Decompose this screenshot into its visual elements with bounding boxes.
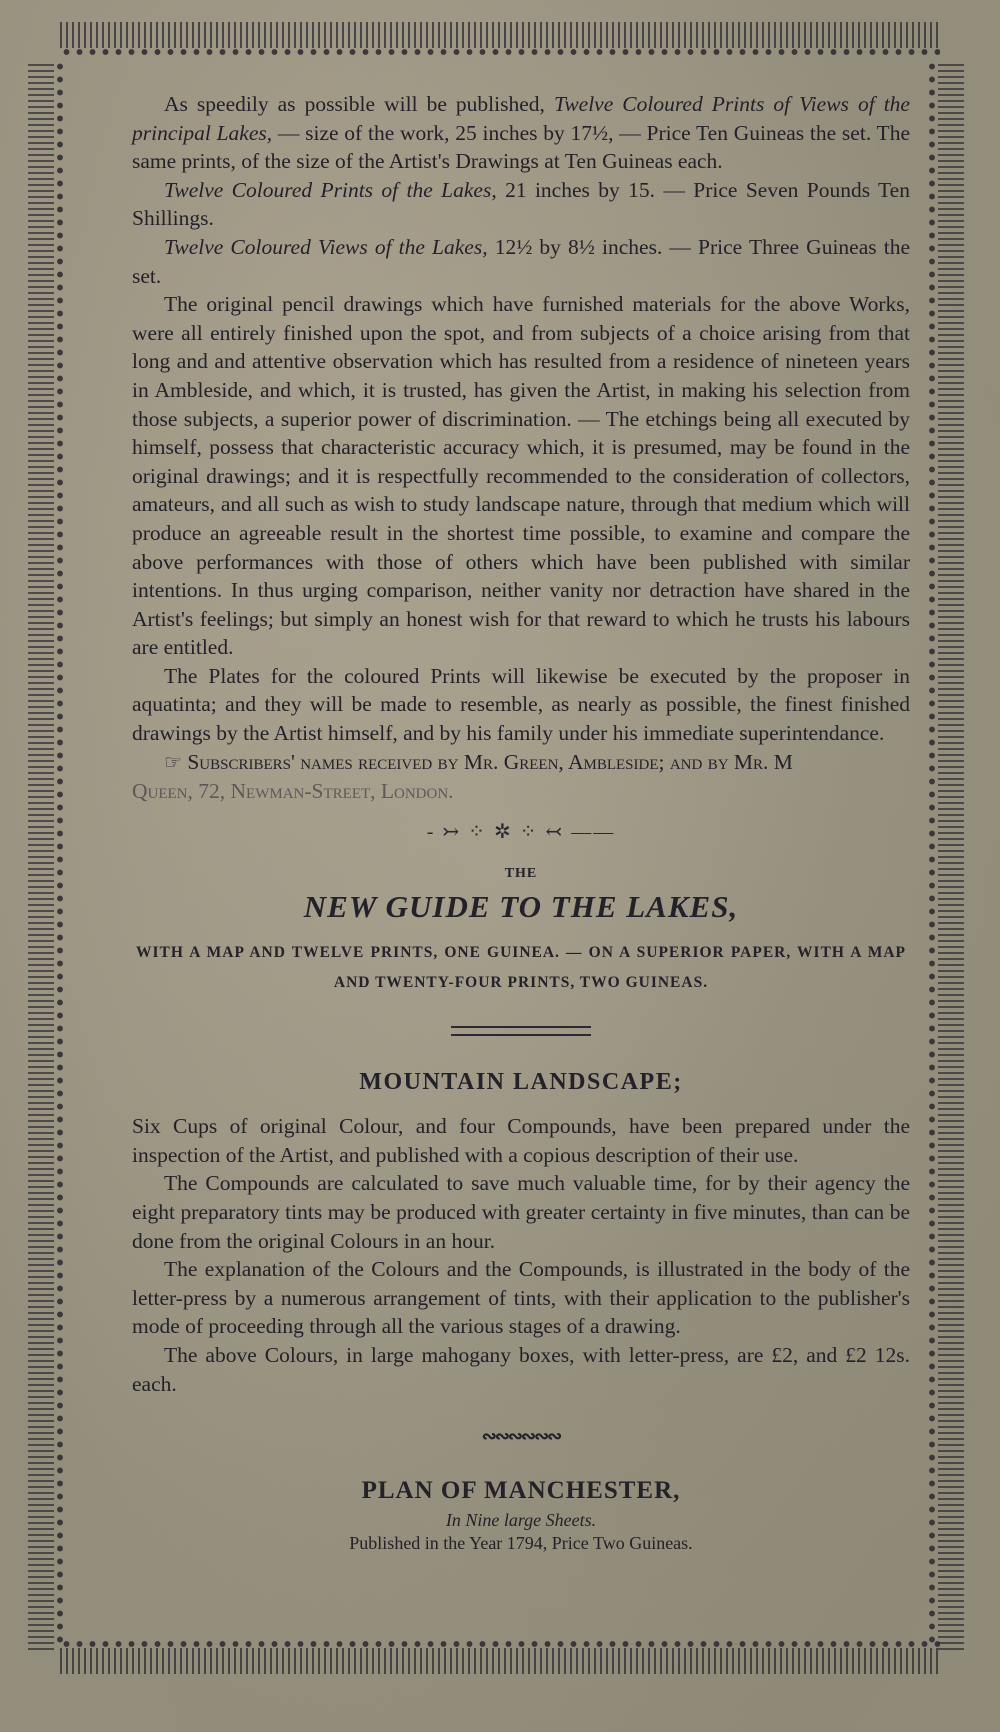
advertisement-body: As speedily as possible will be publishe… <box>132 90 910 1555</box>
manicule-icon: ☞ <box>164 752 182 774</box>
mountain-landscape-title: MOUNTAIN LANDSCAPE; <box>132 1068 910 1097</box>
border-dots-icon <box>56 60 64 1650</box>
subscription-text: Subscribers' names received by Mr. Green… <box>187 750 793 774</box>
mountain-paragraph: The explanation of the Colours and the C… <box>132 1255 910 1341</box>
border-left <box>28 60 68 1650</box>
prints-option-3: Twelve Coloured Views of the Lakes, 12½ … <box>132 233 910 290</box>
border-dots-icon <box>928 60 936 1650</box>
guide-title: NEW GUIDE TO THE LAKES, <box>132 893 910 922</box>
manchester-subtitle: In Nine large Sheets. <box>132 1509 910 1531</box>
guide-label: THE <box>132 860 910 889</box>
ornament-divider-icon: - ↣ ⁘ ✲ ⁘ ↢ —— <box>132 818 910 847</box>
border-dots-icon <box>60 48 940 56</box>
border-bottom <box>60 1640 940 1680</box>
subscription-notice: ☞ Subscribers' names received by Mr. Gre… <box>132 748 910 778</box>
manchester-title: PLAN OF MANCHESTER, <box>132 1477 910 1506</box>
option-title: Twelve Coloured Views of the Lakes, <box>164 235 488 259</box>
plates-paragraph: The Plates for the coloured Prints will … <box>132 662 910 748</box>
mountain-paragraph: Six Cups of original Colour, and four Co… <box>132 1112 910 1169</box>
drawings-paragraph: The original pencil drawings which have … <box>132 290 910 662</box>
double-rule-divider <box>451 1026 591 1036</box>
border-fringe-icon <box>60 1648 940 1674</box>
announcement-lead: As speedily as possible will be publishe… <box>164 92 554 116</box>
border-fringe-icon <box>60 22 940 48</box>
prints-announcement: As speedily as possible will be publishe… <box>132 90 910 176</box>
border-top <box>60 18 940 58</box>
mountain-paragraph: The above Colours, in large mahogany box… <box>132 1341 910 1398</box>
border-dots-icon <box>60 1640 940 1648</box>
border-fringe-icon <box>938 60 964 1650</box>
prints-option-2: Twelve Coloured Prints of the Lakes, 21 … <box>132 176 910 233</box>
mountain-paragraph: The Compounds are calculated to save muc… <box>132 1169 910 1255</box>
guide-subtitle: WITH A MAP AND TWELVE PRINTS, ONE GUINEA… <box>136 938 906 998</box>
option-title: Twelve Coloured Prints of the Lakes, <box>164 178 497 202</box>
subscription-address: Queen, 72, Newman-Street, London. <box>132 777 910 806</box>
border-fringe-icon <box>28 60 54 1650</box>
document-page: As speedily as possible will be publishe… <box>0 0 1000 1732</box>
border-right <box>928 60 968 1650</box>
wave-ornament-icon: ∾∾∾∾∾∾ <box>132 1422 910 1451</box>
manchester-publication: Published in the Year 1794, Price Two Gu… <box>132 1531 910 1555</box>
